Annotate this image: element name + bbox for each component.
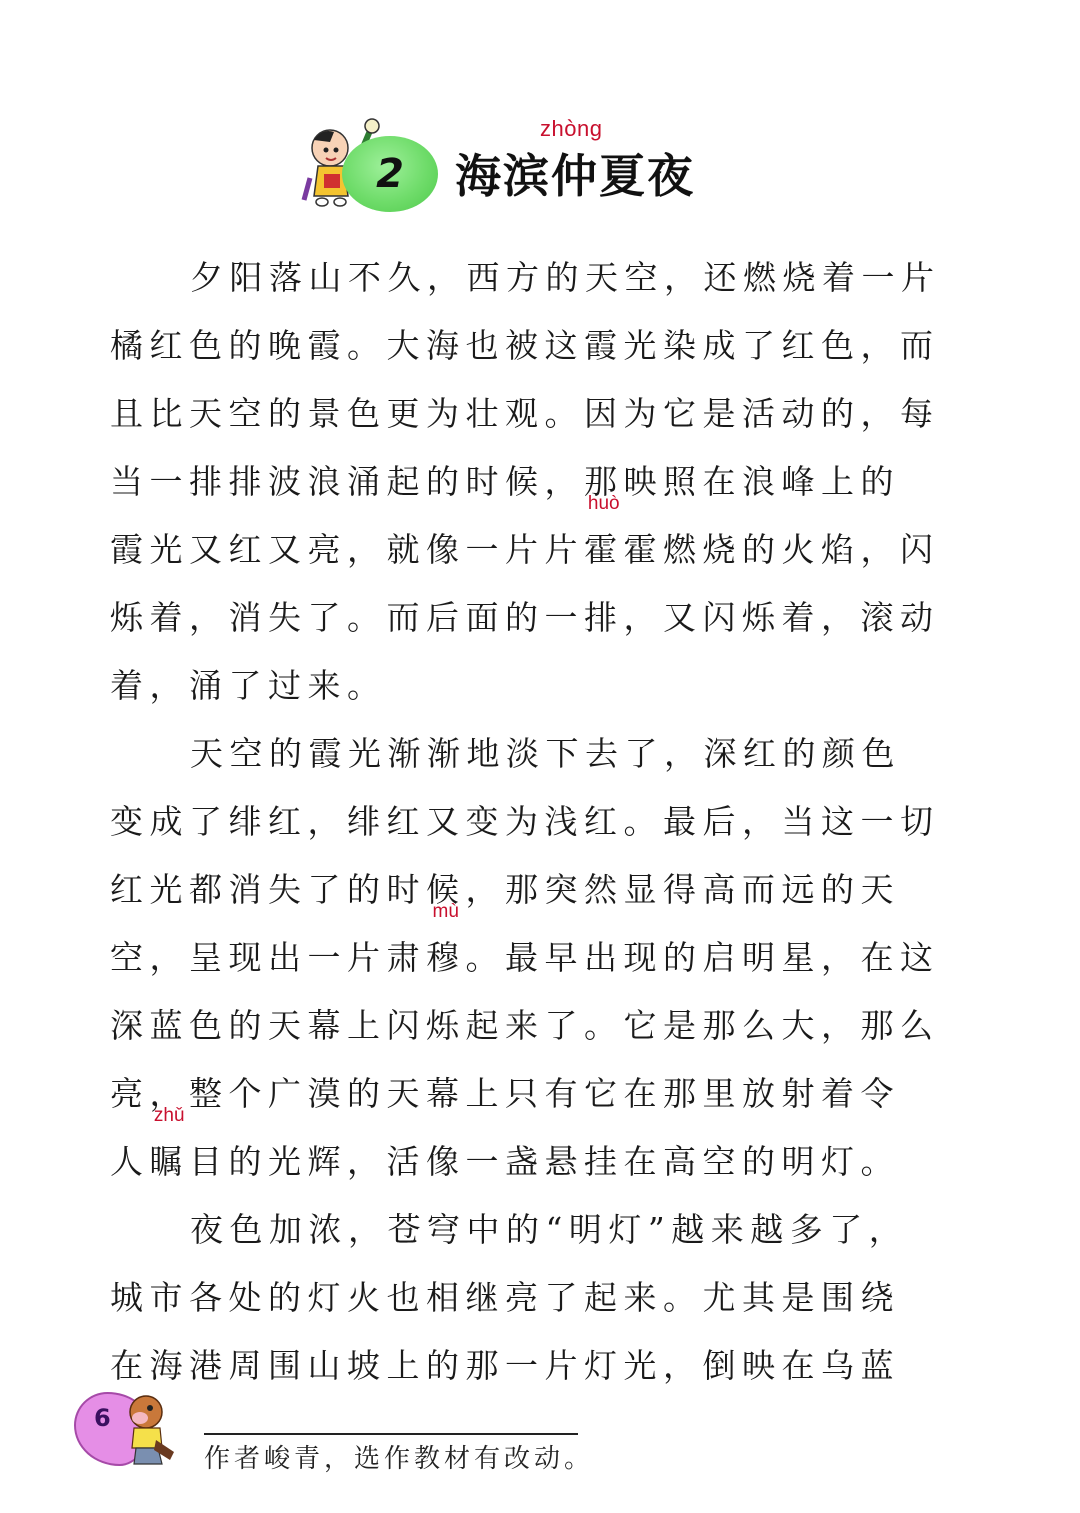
annotated-char: mù穆 <box>426 924 466 992</box>
footnote-divider <box>204 1433 578 1435</box>
lesson-number: 2 <box>376 151 404 197</box>
lesson-title: 海滨仲夏夜 <box>455 140 695 206</box>
text-segment: 。最早出现的启明星，在这 <box>466 938 940 977</box>
text-segment: 目的光辉，活像一盏悬挂在高空的明灯。 <box>189 1142 900 1181</box>
squirrel-mascot-icon <box>122 1390 178 1470</box>
text-segment: 霍燃烧的火焰，闪 <box>624 530 940 569</box>
page-number: 6 <box>94 1404 111 1432</box>
text-line: 烁着，消失了。而后面的一排，又闪烁着，滚动 <box>110 584 920 652</box>
text-line: 橘红色的晚霞。大海也被这霞光染成了红色，而 <box>110 312 920 380</box>
text-line-annotated: 空，呈现出一片肃mù穆。最早出现的启明星，在这 <box>110 924 920 992</box>
annotated-char-text: 瞩 <box>150 1142 190 1181</box>
footnote: 作者峻青，选作教材有改动。 <box>204 1438 594 1475</box>
text-segment: 空，呈现出一片肃 <box>110 938 426 977</box>
text-line-annotated: 人zhǔ瞩目的光辉，活像一盏悬挂在高空的明灯。 <box>110 1128 920 1196</box>
text-line: 深蓝色的天幕上闪烁起来了。它是那么大，那么 <box>110 992 920 1060</box>
lesson-header: 2 zhòng 海滨仲夏夜 <box>300 110 720 210</box>
text-line: 且比天空的景色更为壮观。因为它是活动的，每 <box>110 380 920 448</box>
text-line: 红光都消失了的时候，那突然显得高而远的天 <box>110 856 920 924</box>
annotated-char: huò霍 <box>584 516 624 584</box>
text-line: 变成了绯红，绯红又变为浅红。最后，当这一切 <box>110 788 920 856</box>
annotated-char-text: 霍 <box>584 530 624 569</box>
text-line: 着，涌了过来。 <box>110 652 920 720</box>
title-pinyin: zhòng <box>540 116 602 142</box>
lesson-number-badge: 2 <box>342 136 438 212</box>
text-line: 城市各处的灯火也相继亮了起来。尤其是围绕 <box>110 1264 920 1332</box>
pinyin-annotation: huò <box>588 494 620 513</box>
text-line: 夕阳落山不久，西方的天空，还燃烧着一片 <box>110 244 920 312</box>
pinyin-annotation: mù <box>433 902 459 921</box>
page-footer: 6 作者峻青，选作教材有改动。 <box>64 1390 624 1480</box>
text-segment: 霞光又红又亮，就像一片片 <box>110 530 584 569</box>
text-line: 亮，整个广漠的天幕上只有它在那里放射着令 <box>110 1060 920 1128</box>
annotated-char: zhǔ瞩 <box>150 1128 190 1196</box>
annotated-char-text: 穆 <box>426 938 466 977</box>
text-segment: 人 <box>110 1142 150 1181</box>
text-line: 夜色加浓，苍穹中的“明灯”越来越多了， <box>110 1196 920 1264</box>
text-line-annotated: 霞光又红又亮，就像一片片huò霍霍燃烧的火焰，闪 <box>110 516 920 584</box>
lesson-body: 夕阳落山不久，西方的天空，还燃烧着一片 橘红色的晚霞。大海也被这霞光染成了红色，… <box>110 244 920 1400</box>
pinyin-annotation: zhǔ <box>154 1106 185 1125</box>
text-line: 当一排排波浪涌起的时候，那映照在浪峰上的 <box>110 448 920 516</box>
text-line: 天空的霞光渐渐地淡下去了，深红的颜色 <box>110 720 920 788</box>
